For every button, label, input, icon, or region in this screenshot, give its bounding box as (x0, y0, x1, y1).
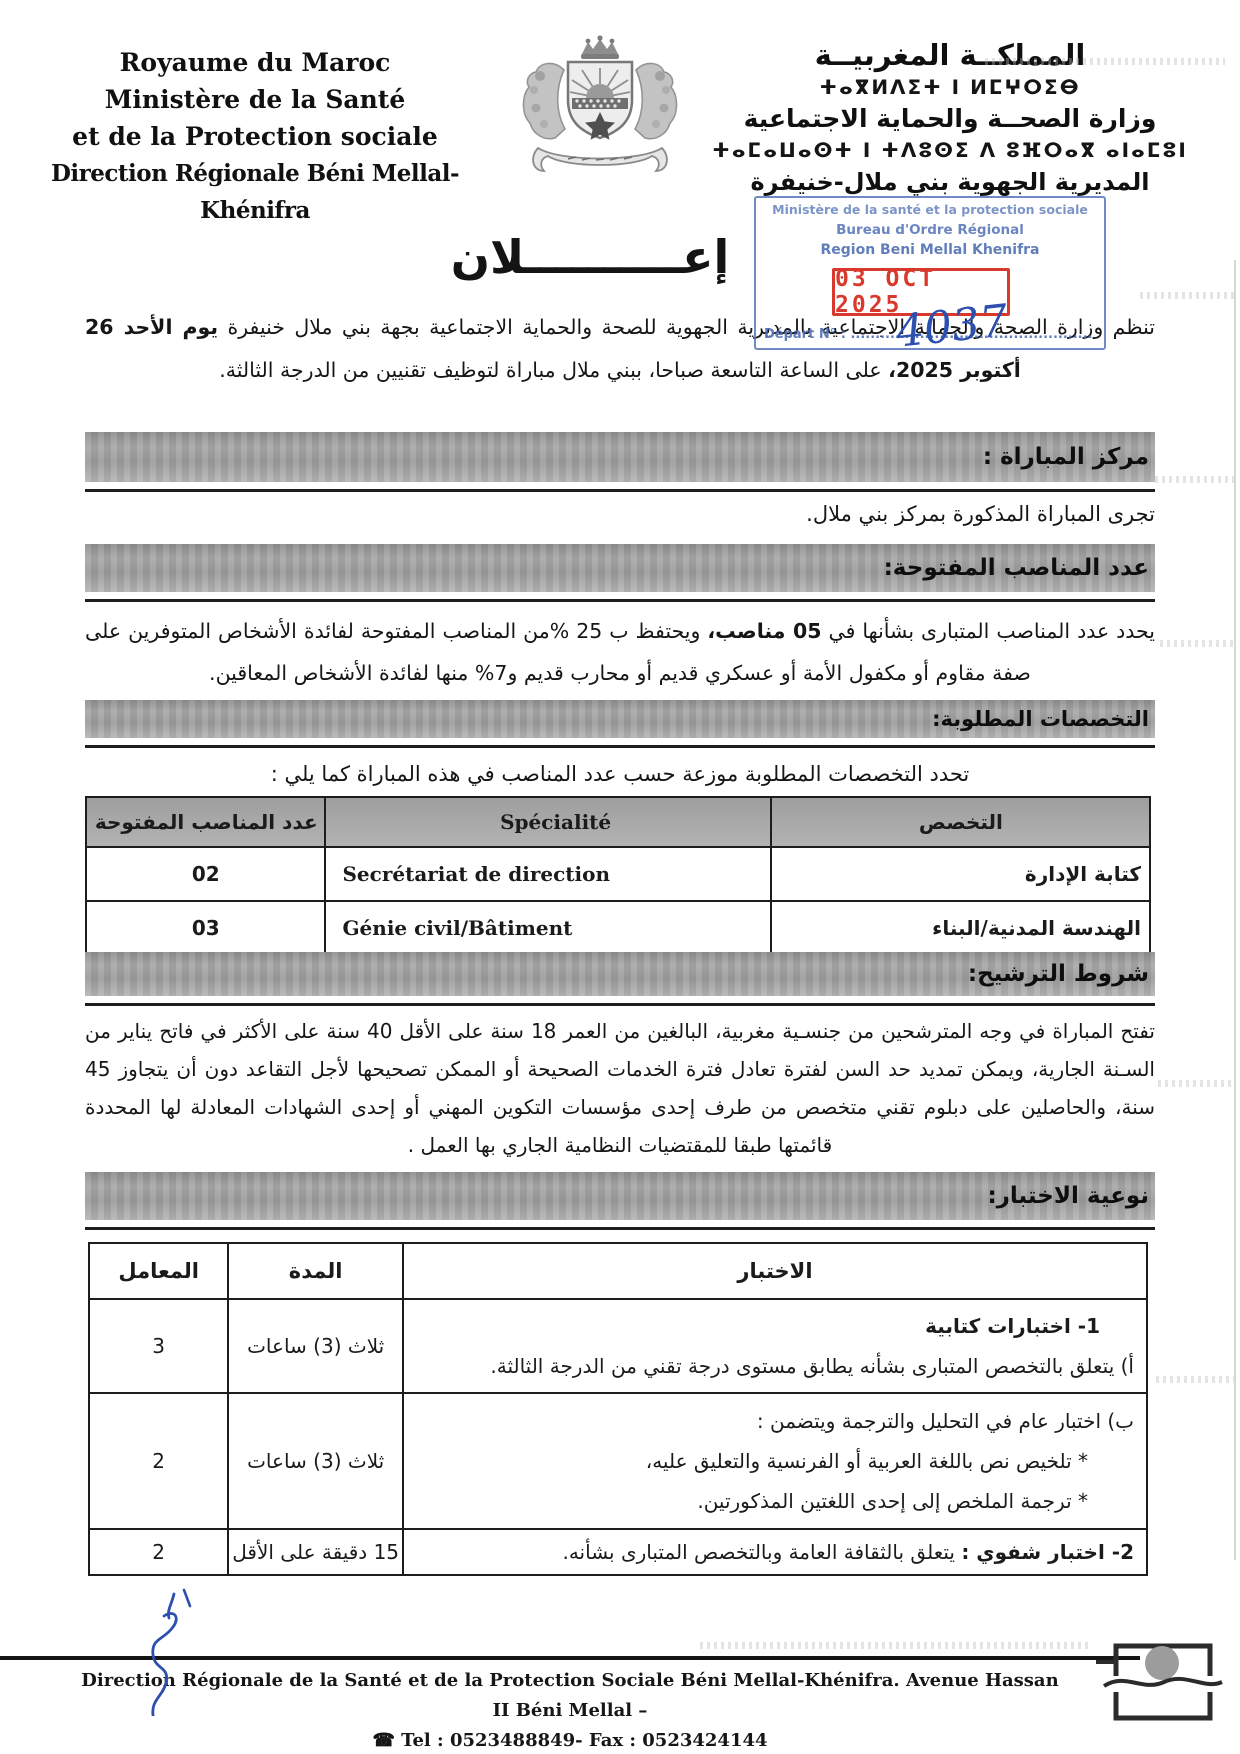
direction-fr: Direction Régionale Béni Mellal-Khénifra (50, 155, 460, 229)
exam-general-line-b: ب) اختبار عام في التحليل والترجمة ويتضمن… (416, 1401, 1134, 1441)
positions-paragraph: يحدد عدد المناصب المتبارى بشأنها في 05 م… (85, 610, 1155, 694)
section-bar-center: مركز المباراة : (85, 432, 1155, 482)
coefficient-cell: 2 (89, 1393, 228, 1529)
registry-stamp: Ministère de la santé et la protection s… (754, 196, 1106, 350)
scan-artifact (1156, 1376, 1236, 1383)
section-title-positions: عدد المناصب المفتوحة: (884, 555, 1155, 581)
col-header-coefficient: المعامل (89, 1243, 228, 1299)
scan-artifact (1160, 640, 1235, 647)
duration-cell: ثلاث (3) ساعات (228, 1393, 403, 1529)
exam-general-line-summary: * تلخيص نص باللغة العربية أو الفرنسية وا… (416, 1441, 1134, 1481)
conditions-paragraph: تفتح المباراة في وجه المترشحين من جنسـية… (85, 1012, 1155, 1164)
french-header: Royaume du Maroc Ministère de la Santé e… (50, 44, 460, 229)
footer-text: Direction Régionale de la Santé et de la… (70, 1666, 1070, 1754)
col-header-exam: الاختبار (403, 1243, 1147, 1299)
section-rule (85, 745, 1155, 748)
scan-artifact (985, 58, 1225, 65)
kingdom-fr: Royaume du Maroc (50, 44, 460, 81)
exam-written-line-a: أ) يتعلق بالتخصص المتبارى بشأنه يطابق مس… (416, 1346, 1134, 1386)
positions-count-bold: 05 مناصب، (707, 619, 821, 643)
section-title-specialties: التخصصات المطلوبة: (932, 707, 1155, 731)
announcement-document: Royaume du Maroc Ministère de la Santé e… (0, 0, 1240, 1754)
scan-edge-line (1234, 260, 1236, 1560)
takhassus-cell: الهندسة المدنية/البناء (771, 901, 1150, 955)
section-bar-specialties: التخصصات المطلوبة: (85, 700, 1155, 738)
ministry-fr-2: et de la Protection sociale (50, 118, 460, 155)
specialties-body: تحدد التخصصات المطلوبة موزعة حسب عدد الم… (85, 762, 1155, 786)
footer-address: Direction Régionale de la Santé et de la… (70, 1666, 1070, 1726)
scan-artifact (1158, 1080, 1236, 1087)
ministry-logo-icon (1096, 1634, 1228, 1728)
exam-oral-title: 2- اختبار شفوي : (961, 1540, 1134, 1564)
ministry-fr-1: Ministère de la Santé (50, 81, 460, 118)
footer-phone: ☎ Tel : 0523488849- Fax : 0523424144 (70, 1726, 1070, 1754)
col-header-duration: المدة (228, 1243, 403, 1299)
coefficient-cell: 3 (89, 1299, 228, 1393)
exam-row-oral: 2 15 دقيقة على الأقل 2- اختبار شفوي : يت… (89, 1529, 1147, 1575)
exam-oral-rest: يتعلق بالثقافة العامة وبالتخصص المتبارى … (562, 1540, 961, 1564)
page-title: إعــــــــــلان (380, 230, 800, 284)
section-bar-conditions: شروط الترشيح: (85, 952, 1155, 996)
specialty-table-header-row: عدد المناصب المفتوحة Spécialité التخصص (86, 797, 1150, 847)
ministry-tifinagh: ⵜⴰⵎⴰⵡⴰⵙⵜ ⵏ ⵜⴷⵓⵙⵉ ⴷ ⵓⴼⵔⴰⴳ ⴰⵏⴰⵎⵓⵏ (670, 135, 1230, 165)
signature-icon (118, 1586, 198, 1716)
kingdom-tifinagh: ⵜⴰⴳⵍⴷⵉⵜ ⵏ ⵍⵎⵖⵔⵉⴱ (670, 72, 1230, 102)
section-title-exam: نوعية الاختبار: (987, 1183, 1155, 1209)
col-header-takhassus: التخصص (771, 797, 1150, 847)
section-title-conditions: شروط الترشيح: (968, 961, 1155, 987)
col-header-specialite: Spécialité (325, 797, 770, 847)
duration-cell: ثلاث (3) ساعات (228, 1299, 403, 1393)
specialite-cell: Secrétariat de direction (325, 847, 770, 901)
specialty-row-genie-civil: 03 Génie civil/Bâtiment الهندسة المدنية/… (86, 901, 1150, 955)
intro-text-2: على الساعة التاسعة صباحا، ببني ملال مبار… (219, 358, 888, 382)
kingdom-ar: المملكــة المغربيــة (670, 38, 1230, 72)
exam-table-header-row: المعامل المدة الاختبار (89, 1243, 1147, 1299)
scan-artifact (1155, 476, 1235, 483)
ministry-ar: وزارة الصحــة والحماية الاجتماعية (670, 102, 1230, 135)
duration-cell: 15 دقيقة على الأقل (228, 1529, 403, 1575)
count-cell: 02 (86, 847, 325, 901)
center-body: تجرى المباراة المذكورة بمركز بني ملال. (85, 502, 1155, 526)
direction-ar: المديرية الجهوية بني ملال-خنيفرة (670, 165, 1230, 199)
col-header-open-positions: عدد المناصب المفتوحة (86, 797, 325, 847)
count-cell: 03 (86, 901, 325, 955)
takhassus-cell: كتابة الإدارة (771, 847, 1150, 901)
section-rule (85, 489, 1155, 492)
scan-artifact (1140, 292, 1235, 299)
section-rule (85, 1227, 1155, 1230)
stamp-bureau-line: Bureau d'Ordre Régional (756, 222, 1104, 238)
exam-description-cell: 2- اختبار شفوي : يتعلق بالثقافة العامة و… (403, 1529, 1147, 1575)
coefficient-cell: 2 (89, 1529, 228, 1575)
section-rule (85, 599, 1155, 602)
section-rule (85, 1003, 1155, 1006)
handwritten-number: 4037 (894, 295, 1011, 357)
specialty-row-secretariat: 02 Secrétariat de direction كتابة الإدار… (86, 847, 1150, 901)
exam-written-title: 1- اختبارات كتابية (416, 1306, 1134, 1346)
section-title-center: مركز المباراة : (983, 444, 1155, 470)
specialite-cell: Génie civil/Bâtiment (325, 901, 770, 955)
exam-description-cell: 1- اختبارات كتابية أ) يتعلق بالتخصص المت… (403, 1299, 1147, 1393)
stamp-region-line: Region Beni Mellal Khenifra (756, 242, 1104, 258)
exam-row-written: 3 ثلاث (3) ساعات 1- اختبارات كتابية أ) ي… (89, 1299, 1147, 1393)
exam-row-general: 2 ثلاث (3) ساعات ب) اختبار عام في التحلي… (89, 1393, 1147, 1529)
exam-description-cell: ب) اختبار عام في التحليل والترجمة ويتضمن… (403, 1393, 1147, 1529)
exam-general-line-translation: * ترجمة الملخص إلى إحدى اللغتين المذكورت… (416, 1481, 1134, 1521)
section-bar-positions: عدد المناصب المفتوحة: (85, 544, 1155, 592)
positions-text-1: يحدد عدد المناصب المتبارى بشأنها في (822, 619, 1155, 643)
scan-artifact (700, 1642, 1090, 1649)
exam-table: المعامل المدة الاختبار 3 ثلاث (3) ساعات … (88, 1242, 1148, 1576)
stamp-ministry-line: Ministère de la santé et la protection s… (756, 202, 1104, 217)
section-bar-exam: نوعية الاختبار: (85, 1172, 1155, 1220)
specialty-table: عدد المناصب المفتوحة Spécialité التخصص 0… (85, 796, 1151, 956)
